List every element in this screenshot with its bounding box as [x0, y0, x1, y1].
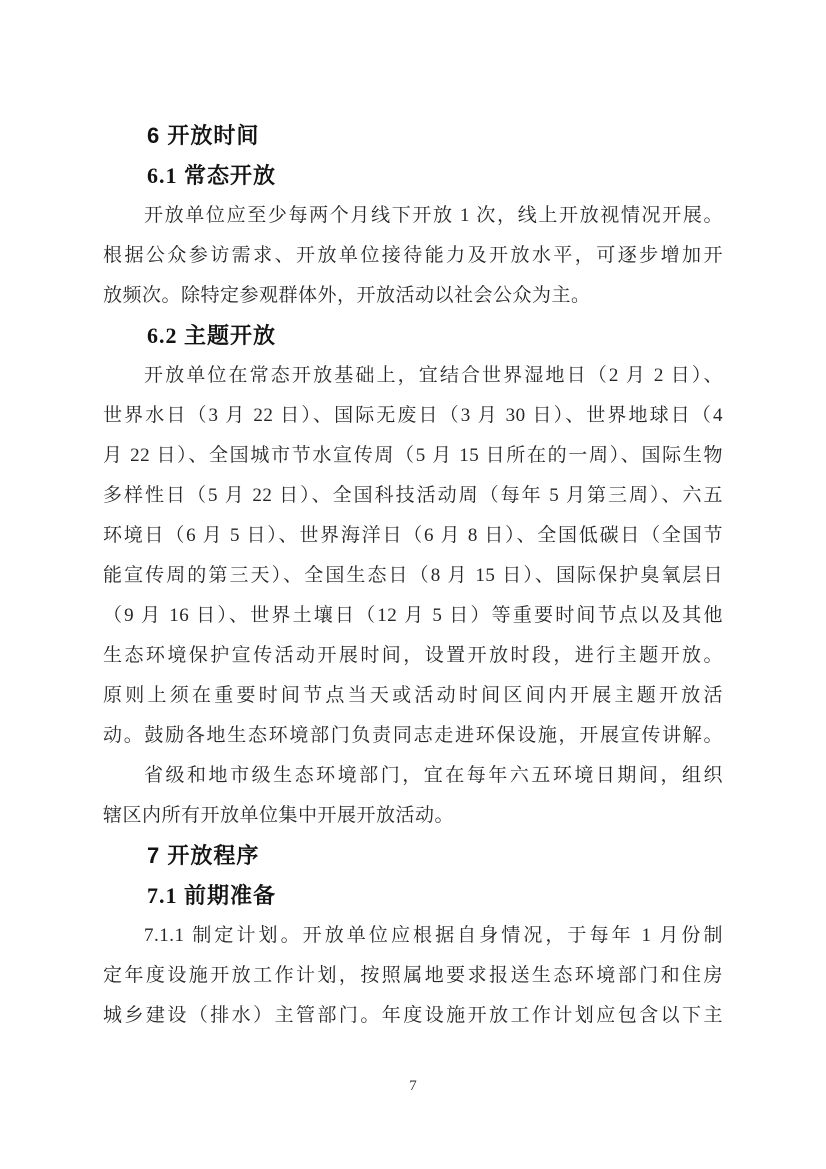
subsection-heading-7-1: 7.1 前期准备	[103, 876, 723, 916]
body-text-line: 定年度设施开放工作计划，按照属地要求报送生态环境部门和住房	[103, 956, 723, 996]
section-heading-7: 7 开放程序	[103, 836, 723, 876]
body-text-line: 辖区内所有开放单位集中开展开放活动。	[103, 796, 723, 836]
subsection-heading-6-2: 6.2 主题开放	[103, 316, 723, 356]
page-footer: 7	[0, 1066, 826, 1106]
body-text-line: 根据公众参访需求、开放单位接待能力及开放水平，可逐步增加开	[103, 236, 723, 276]
body-text-line: （9 月 16 日）、世界土壤日（12 月 5 日）等重要时间节点以及其他	[103, 596, 723, 636]
body-text-line: 省级和地市级生态环境部门，宜在每年六五环境日期间，组织	[103, 756, 723, 796]
section-heading-6: 6 开放时间	[103, 116, 723, 156]
document-body: 6 开放时间 6.1 常态开放 开放单位应至少每两个月线下开放 1 次，线上开放…	[103, 116, 723, 1036]
body-text-line: 能宣传周的第三天）、全国生态日（8 月 15 日）、国际保护臭氧层日	[103, 556, 723, 596]
body-text-line: 世界水日（3 月 22 日）、国际无废日（3 月 30 日）、世界地球日（4	[103, 396, 723, 436]
body-text-line: 7.1.1 制定计划。开放单位应根据自身情况，于每年 1 月份制	[103, 916, 723, 956]
body-text-line: 环境日（6 月 5 日）、世界海洋日（6 月 8 日）、全国低碳日（全国节	[103, 516, 723, 556]
body-text-line: 动。鼓励各地生态环境部门负责同志走进环保设施，开展宣传讲解。	[103, 716, 723, 756]
body-text-line: 开放单位在常态开放基础上，宜结合世界湿地日（2 月 2 日）、	[103, 356, 723, 396]
body-text-line: 开放单位应至少每两个月线下开放 1 次，线上开放视情况开展。	[103, 196, 723, 236]
body-text-line: 原则上须在重要时间节点当天或活动时间区间内开展主题开放活	[103, 676, 723, 716]
body-text-line: 月 22 日）、全国城市节水宣传周（5 月 15 日所在的一周）、国际生物	[103, 436, 723, 476]
document-page: 6 开放时间 6.1 常态开放 开放单位应至少每两个月线下开放 1 次，线上开放…	[0, 0, 826, 1169]
body-text-line: 放频次。除特定参观群体外，开放活动以社会公众为主。	[103, 276, 723, 316]
page-number: 7	[409, 1078, 417, 1094]
body-text-line: 城乡建设（排水）主管部门。年度设施开放工作计划应包含以下主	[103, 996, 723, 1036]
body-text-line: 多样性日（5 月 22 日）、全国科技活动周（每年 5 月第三周）、六五	[103, 476, 723, 516]
body-text-line: 生态环境保护宣传活动开展时间，设置开放时段，进行主题开放。	[103, 636, 723, 676]
subsection-heading-6-1: 6.1 常态开放	[103, 156, 723, 196]
